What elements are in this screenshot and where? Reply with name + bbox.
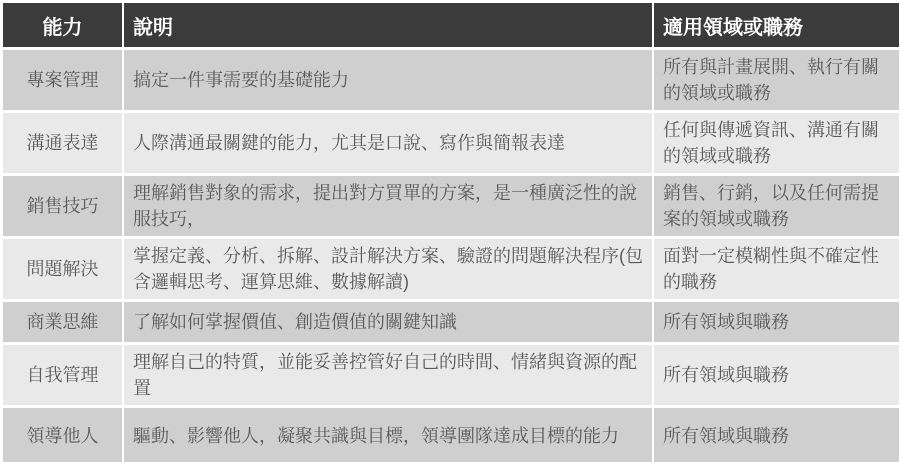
cell-domain: 所有與計畫展開、執行有關的領域或職務 xyxy=(654,50,899,110)
table-row: 商業思維 了解如何掌握價值、創造價值的關鍵知識 所有領域與職務 xyxy=(3,302,899,342)
header-domain: 適用領域或職務 xyxy=(654,3,899,47)
cell-domain: 面對一定模糊性與不確定性的職務 xyxy=(654,239,899,299)
cell-description: 搞定一件事需要的基礎能力 xyxy=(124,50,652,110)
cell-description: 驅動、影響他人，凝聚共識與目標，領導團隊達成目標的能力 xyxy=(124,408,652,462)
cell-domain: 銷售、行銷，以及任何需提案的領域或職務 xyxy=(654,176,899,236)
table-row: 專案管理 搞定一件事需要的基礎能力 所有與計畫展開、執行有關的領域或職務 xyxy=(3,50,899,110)
cell-ability: 問題解決 xyxy=(3,239,122,299)
competency-table: 能力 說明 適用領域或職務 專案管理 搞定一件事需要的基礎能力 所有與計畫展開、… xyxy=(1,0,901,462)
table-row: 領導他人 驅動、影響他人，凝聚共識與目標，領導團隊達成目標的能力 所有領域與職務 xyxy=(3,408,899,462)
cell-domain: 所有領域與職務 xyxy=(654,345,899,405)
table-row: 問題解決 掌握定義、分析、拆解、設計解決方案、驗證的問題解決程序(包含邏輯思考、… xyxy=(3,239,899,299)
cell-domain: 任何與傳遞資訊、溝通有關的領域或職務 xyxy=(654,113,899,173)
cell-ability: 領導他人 xyxy=(3,408,122,462)
cell-description: 理解自己的特質，並能妥善控管好自己的時間、情緒與資源的配置 xyxy=(124,345,652,405)
cell-description: 理解銷售對象的需求，提出對方買單的方案，是一種廣泛性的說服技巧， xyxy=(124,176,652,236)
cell-domain: 所有領域與職務 xyxy=(654,408,899,462)
table-row: 銷售技巧 理解銷售對象的需求，提出對方買單的方案，是一種廣泛性的說服技巧， 銷售… xyxy=(3,176,899,236)
table-row: 自我管理 理解自己的特質，並能妥善控管好自己的時間、情緒與資源的配置 所有領域與… xyxy=(3,345,899,405)
header-row: 能力 說明 適用領域或職務 xyxy=(3,3,899,47)
cell-ability: 專案管理 xyxy=(3,50,122,110)
cell-ability: 商業思維 xyxy=(3,302,122,342)
cell-description: 了解如何掌握價值、創造價值的關鍵知識 xyxy=(124,302,652,342)
table-row: 溝通表達 人際溝通最關鍵的能力，尤其是口說、寫作與簡報表達 任何與傳遞資訊、溝通… xyxy=(3,113,899,173)
cell-description: 人際溝通最關鍵的能力，尤其是口說、寫作與簡報表達 xyxy=(124,113,652,173)
cell-ability: 溝通表達 xyxy=(3,113,122,173)
cell-domain: 所有領域與職務 xyxy=(654,302,899,342)
header-description: 說明 xyxy=(124,3,652,47)
cell-ability: 自我管理 xyxy=(3,345,122,405)
cell-description: 掌握定義、分析、拆解、設計解決方案、驗證的問題解決程序(包含邏輯思考、運算思維、… xyxy=(124,239,652,299)
cell-ability: 銷售技巧 xyxy=(3,176,122,236)
header-ability: 能力 xyxy=(3,3,122,47)
